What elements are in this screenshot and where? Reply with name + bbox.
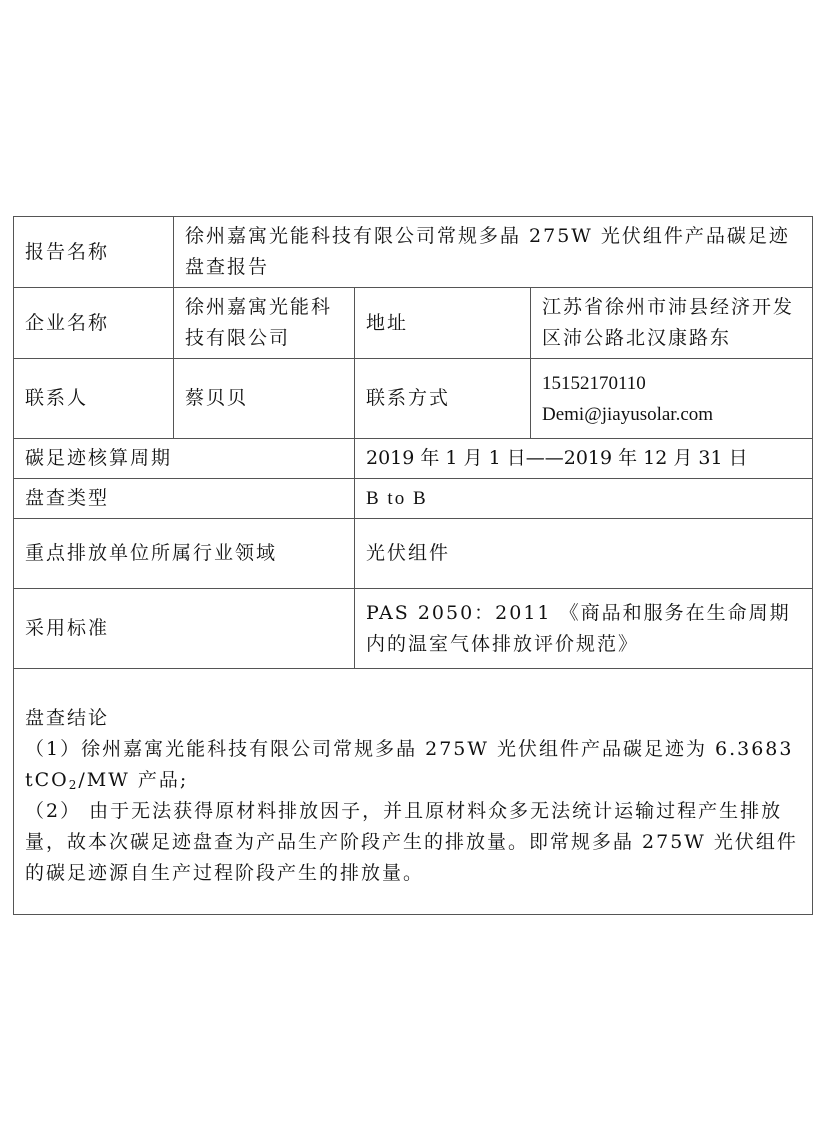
row-standard: 采用标准 PAS 2050：2011 《商品和服务在生命周期内的温室气体排放评价… xyxy=(14,589,813,669)
contact-method-label: 联系方式 xyxy=(355,359,531,439)
audit-type-label: 盘查类型 xyxy=(14,479,355,519)
company-name-value: 徐州嘉寓光能科技有限公司 xyxy=(174,288,355,359)
document-page: 报告名称 徐州嘉寓光能科技有限公司常规多晶 275W 光伏组件产品碳足迹盘查报告… xyxy=(0,0,826,1129)
industry-value: 光伏组件 xyxy=(355,519,813,589)
conclusion-title: 盘查结论 xyxy=(25,703,802,734)
row-audit-type: 盘查类型 B to B xyxy=(14,479,813,519)
row-contact: 联系人 蔡贝贝 联系方式 15152170110 Demi@jiayusolar… xyxy=(14,359,813,439)
conclusion-item-1: （1）徐州嘉寓光能科技有限公司常规多晶 275W 光伏组件产品碳足迹为 6.36… xyxy=(25,734,802,796)
conclusion-item-2: （2） 由于无法获得原材料排放因子，并且原材料众多无法统计运输过程产生排放量，故… xyxy=(25,796,802,889)
report-name-value: 徐州嘉寓光能科技有限公司常规多晶 275W 光伏组件产品碳足迹盘查报告 xyxy=(174,217,813,288)
row-conclusion: 盘查结论 （1）徐州嘉寓光能科技有限公司常规多晶 275W 光伏组件产品碳足迹为… xyxy=(14,669,813,915)
conclusion-cell: 盘查结论 （1）徐州嘉寓光能科技有限公司常规多晶 275W 光伏组件产品碳足迹为… xyxy=(14,669,813,915)
row-period: 碳足迹核算周期 2019 年 1 月 1 日——2019 年 12 月 31 日 xyxy=(14,439,813,479)
contact-method-value: 15152170110 Demi@jiayusolar.com xyxy=(531,359,813,439)
standard-value: PAS 2050：2011 《商品和服务在生命周期内的温室气体排放评价规范》 xyxy=(355,589,813,669)
company-name-label: 企业名称 xyxy=(14,288,174,359)
audit-type-value: B to B xyxy=(355,479,813,519)
phone-number: 15152170110 xyxy=(542,368,802,399)
period-label: 碳足迹核算周期 xyxy=(14,439,355,479)
contact-person-value: 蔡贝贝 xyxy=(174,359,355,439)
period-value: 2019 年 1 月 1 日——2019 年 12 月 31 日 xyxy=(355,439,813,479)
row-report-name: 报告名称 徐州嘉寓光能科技有限公司常规多晶 275W 光伏组件产品碳足迹盘查报告 xyxy=(14,217,813,288)
address-label: 地址 xyxy=(355,288,531,359)
row-industry: 重点排放单位所属行业领域 光伏组件 xyxy=(14,519,813,589)
industry-label: 重点排放单位所属行业领域 xyxy=(14,519,355,589)
contact-person-label: 联系人 xyxy=(14,359,174,439)
row-company: 企业名称 徐州嘉寓光能科技有限公司 地址 江苏省徐州市沛县经济开发区沛公路北汉康… xyxy=(14,288,813,359)
email-address: Demi@jiayusolar.com xyxy=(542,399,802,430)
address-value: 江苏省徐州市沛县经济开发区沛公路北汉康路东 xyxy=(531,288,813,359)
carbon-footprint-summary-table: 报告名称 徐州嘉寓光能科技有限公司常规多晶 275W 光伏组件产品碳足迹盘查报告… xyxy=(13,216,813,915)
standard-label: 采用标准 xyxy=(14,589,355,669)
report-name-label: 报告名称 xyxy=(14,217,174,288)
